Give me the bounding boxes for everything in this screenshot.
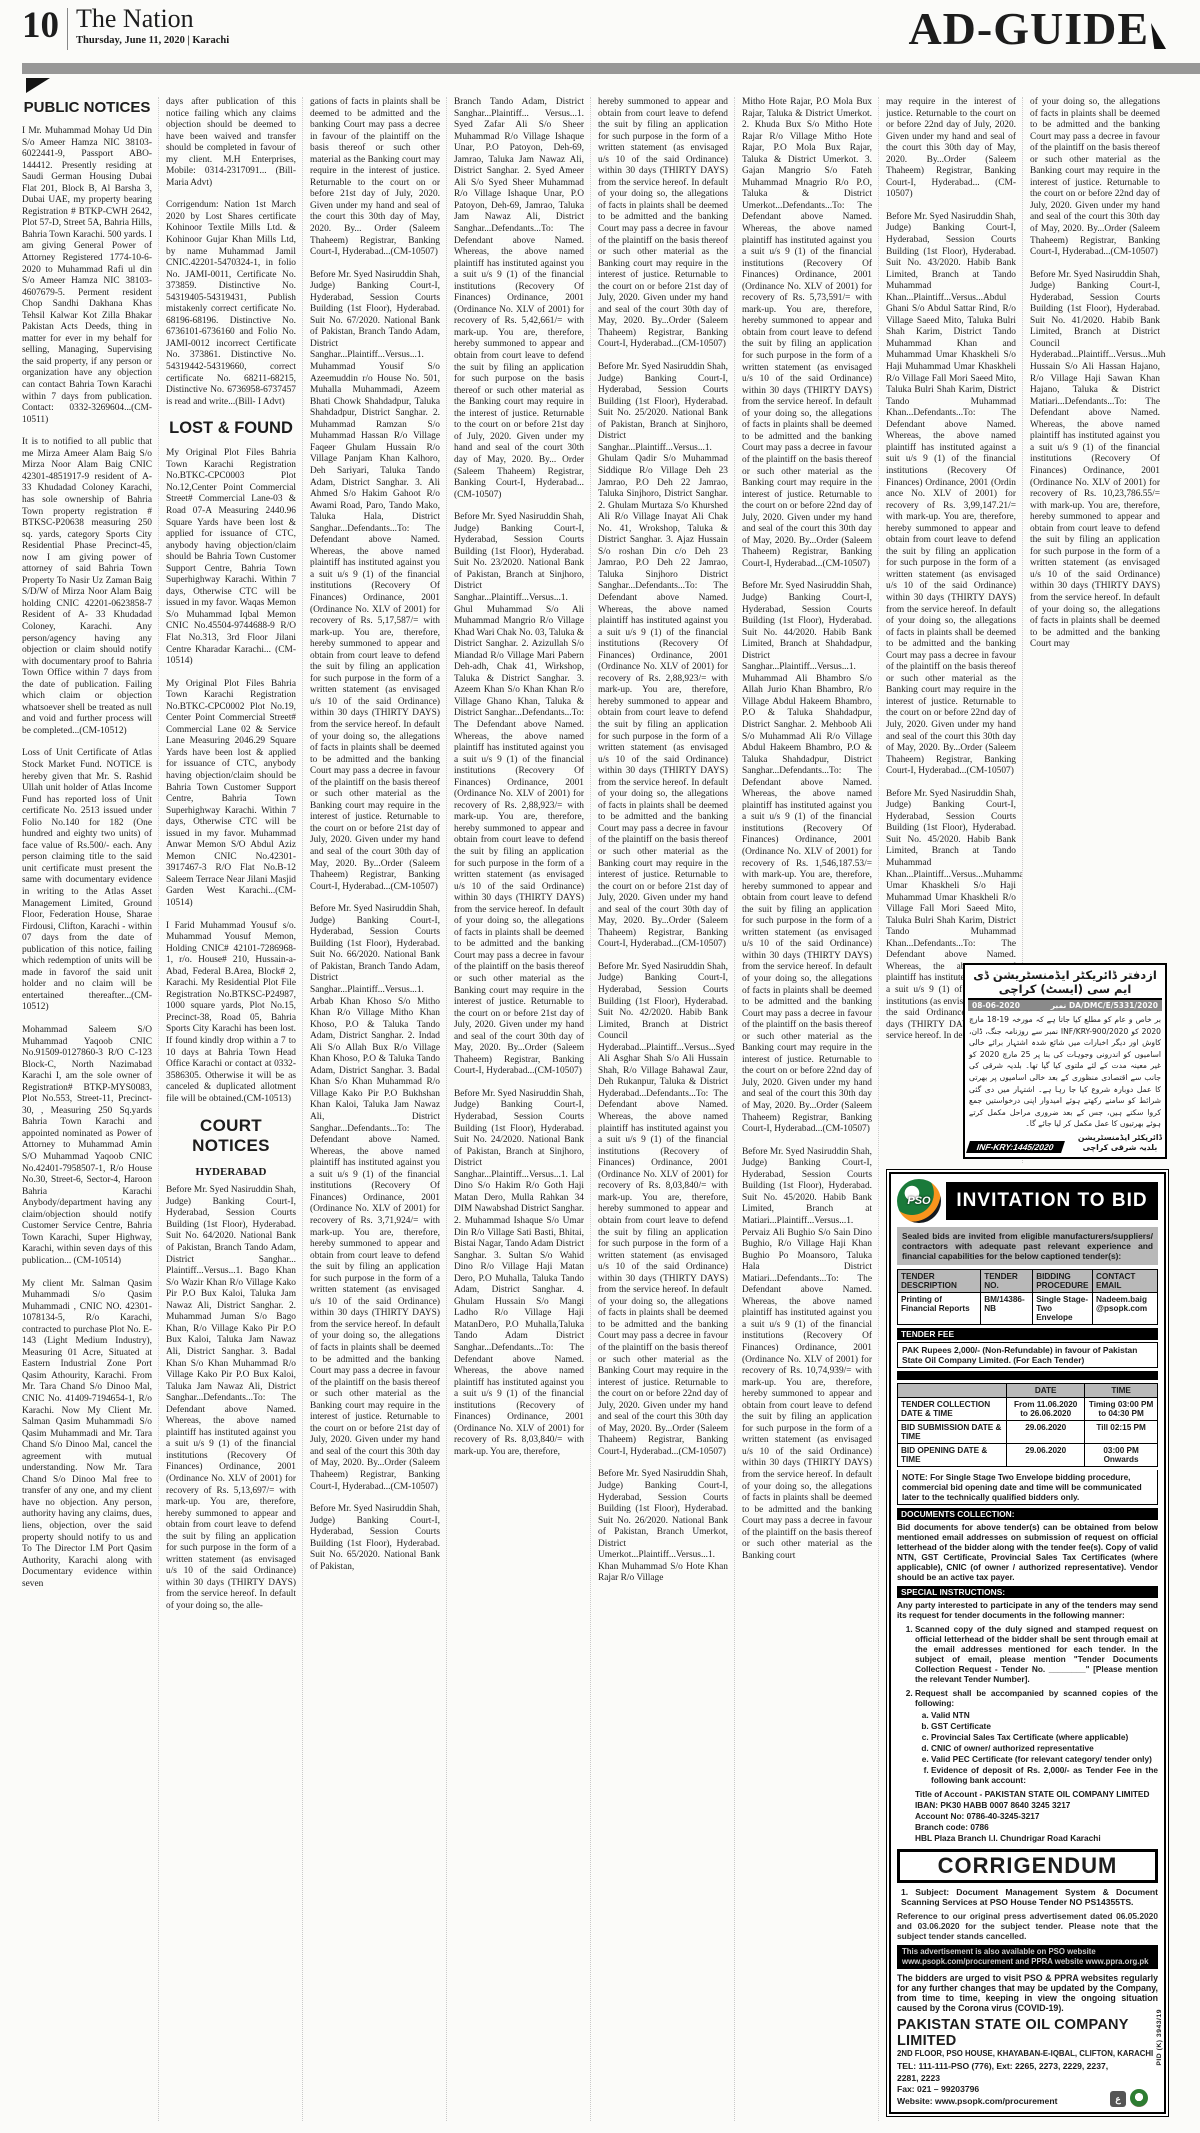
invitation-to-bid-title: INVITATION TO BID xyxy=(946,1182,1158,1220)
special-instructions-list: Scanned copy of the duly signed and stam… xyxy=(901,1624,1158,1785)
notice-paragraph: Before Mr. Syed Nasiruddin Shah, Judge) … xyxy=(310,270,440,894)
notice-paragraph: Loss of Unit Certificate of Atlas Stock … xyxy=(22,748,152,1014)
pso-logo-text: PSO xyxy=(907,1195,930,1207)
tender-table-header: TENDER NO. xyxy=(981,1270,1033,1293)
company-address: 2ND FLOOR, PSO HOUSE, KHAYABAN-E-IQBAL, … xyxy=(897,2049,1158,2058)
notice-paragraph: My Original Plot Files Bahria Town Karac… xyxy=(166,679,296,910)
pso-tender-ad: PSO INVITATION TO BID Sealed bids are in… xyxy=(886,1169,1169,2117)
banner-triangle-icon xyxy=(1151,23,1166,49)
pso-tender-ad-inner: PSO INVITATION TO BID Sealed bids are in… xyxy=(889,1172,1166,2114)
notice-paragraph: It is to notified to all public that me … xyxy=(22,437,152,737)
urdu-sign-line1: ڈائریکٹر ایڈمنسٹریشن xyxy=(1078,1133,1162,1143)
schedule-time-cell: Timing 03:00 PM to 04:30 PM xyxy=(1085,1398,1158,1421)
notice-paragraph: Before Mr. Syed Nasiruddin Shah, Judge) … xyxy=(454,512,584,1078)
column-3: gations of facts in plaints shall be dee… xyxy=(310,97,447,2121)
pso-logo-icon: PSO xyxy=(897,1179,941,1223)
notice-paragraph: Corrigendum: Nation 1st March 2020 by Lo… xyxy=(166,200,296,408)
tender-fee-label: TENDER FEE xyxy=(897,1328,1158,1340)
bank-account-no: Account No: 0786-40-3245-3217 xyxy=(915,1811,1158,1822)
schedule-row-label: BID OPENING DATE & TIME xyxy=(898,1444,1007,1467)
bank-iban: IBAN: PK30 HABB 0007 8640 3245 3217 xyxy=(915,1800,1158,1811)
tender-table: TENDER DESCRIPTION TENDER NO. BIDDING PR… xyxy=(897,1269,1158,1325)
notice-paragraph: days after publication of this notice fa… xyxy=(166,97,296,189)
schedule-date-cell: From 11.06.2020 to 26.06.2020 xyxy=(1007,1398,1085,1421)
bank-account-title: Title of Account - PAKISTAN STATE OIL CO… xyxy=(915,1789,1158,1800)
bidding-procedure-cell: Single Stage-Two Envelope xyxy=(1033,1293,1093,1325)
section-banner: AD-GUIDE xyxy=(908,2,1166,55)
schedule-time-cell: 03:00 PM Onwards xyxy=(1085,1444,1158,1467)
special-instructions-label: SPECIAL INSTRUCTIONS: xyxy=(897,1586,1158,1598)
column-4: Branch Tando Adam, District Sanghar...Pl… xyxy=(454,97,591,2121)
required-doc: CNIC of owner/ authorized representative xyxy=(931,1743,1158,1753)
notice-paragraph: Branch Tando Adam, District Sanghar...Pl… xyxy=(454,97,584,501)
instruction-item-1: Scanned copy of the duly signed and stam… xyxy=(915,1624,1158,1684)
notice-paragraph: Before Mr. Syed Nasiruddin Shah, Judge) … xyxy=(598,362,728,951)
instruction-item-2-text: Request shall be accompanied by scanned … xyxy=(915,1688,1158,1708)
company-contact-block: TEL: 111-111-PSO (776), Ext: 2265, 2273,… xyxy=(897,2061,1110,2107)
schedule-header-time: TIME xyxy=(1085,1384,1158,1398)
pso-ad-header: PSO INVITATION TO BID xyxy=(897,1179,1158,1223)
pid-number: PID (K) 3943/19 xyxy=(1156,2009,1163,2066)
urdu-ad-inf-banner: INF-KRY:1445/2020 xyxy=(966,1141,1064,1153)
corrigendum-title: CORRIGENDUM xyxy=(897,1849,1158,1883)
paper-name: The Nation xyxy=(76,6,229,32)
schedule-header-date: DATE xyxy=(1007,1384,1085,1398)
column-8: of your doing so, the allegations of fac… xyxy=(1030,97,1166,955)
right-region: may require in the interest of justice. … xyxy=(886,97,1171,2121)
section-heading: LOST & FOUND xyxy=(166,419,296,438)
tender-no-cell: BM/14386-NB xyxy=(981,1293,1033,1325)
right-top-text: may require in the interest of justice. … xyxy=(886,97,1171,1163)
notice-paragraph: may require in the interest of justice. … xyxy=(886,97,1016,201)
notice-paragraph: Before Mr. Syed Nasiruddin Shah, Judge) … xyxy=(310,1504,440,1573)
column-5: hereby summoned to appear and obtain fro… xyxy=(598,97,735,2121)
notice-paragraph: Mohammad Saleem S/O Muhammad Yaqoob CNIC… xyxy=(22,1025,152,1267)
tender-description-cell: Printing of Financial Reports xyxy=(898,1293,981,1325)
schedule-time-cell: Till 02:15 PM xyxy=(1085,1421,1158,1444)
dateline: Thursday, June 11, 2020 | Karachi xyxy=(76,35,229,46)
company-website: Website: www.psopk.com/procurement xyxy=(897,2096,1110,2108)
column-1: PUBLIC NOTICESI Mr. Muhammad Mohay Ud Di… xyxy=(22,97,159,2121)
required-doc: Valid PEC Certificate (for relevant cate… xyxy=(931,1754,1158,1764)
documents-collection-label: DOCUMENTS COLLECTION: xyxy=(897,1508,1158,1520)
urdu-ad-footer: INF-KRY:1445/2020 ڈائریکٹر ایڈمنسٹریشن ب… xyxy=(968,1133,1162,1153)
schedule-note: NOTE: For Single Stage Two Envelope bidd… xyxy=(897,1470,1158,1505)
tender-table-header: CONTACT EMAIL xyxy=(1092,1270,1157,1293)
tender-table-header: TENDER DESCRIPTION xyxy=(898,1270,981,1293)
pso-footer-row: TEL: 111-111-PSO (776), Ext: 2265, 2273,… xyxy=(897,2061,1158,2107)
notice-paragraph: gations of facts in plaints shall be dee… xyxy=(310,97,440,259)
ppra-logo-icon xyxy=(1130,2089,1148,2107)
company-name: PAKISTAN STATE OIL COMPANY LIMITED xyxy=(897,2017,1158,2049)
notice-paragraph: Before Mr. Syed Nasiruddin Shah, Judge) … xyxy=(598,1469,728,1584)
section-heading: COURT NOTICES xyxy=(166,1116,296,1156)
pso-intro-text: Sealed bids are invited from eligible ma… xyxy=(897,1227,1158,1265)
urdu-ad-ref-no: نمبر DA/DMC/E/5331/2020 xyxy=(1051,1001,1158,1010)
notice-paragraph: Before Mr. Syed Nasiruddin Shah, Judge) … xyxy=(886,212,1016,778)
bank-branch-code: Branch code: 0786 xyxy=(915,1822,1158,1833)
section-heading: PUBLIC NOTICES xyxy=(22,99,152,116)
corrigendum-reference: Reference to our original press advertis… xyxy=(897,1911,1158,1941)
required-doc: Provincial Sales Tax Certificate (where … xyxy=(931,1732,1158,1742)
required-doc: Valid NTN xyxy=(931,1710,1158,1720)
documents-collection-text: Bid documents for above tender(s) can be… xyxy=(897,1522,1158,1582)
section-heading: HYDERABAD xyxy=(166,1166,296,1178)
notice-paragraph: Before Mr. Syed Nasiruddin Shah, Judge) … xyxy=(166,1185,296,1612)
notice-paragraph: Mitho Hote Rajar, P.O Mola Bux Rajar, Ta… xyxy=(742,97,872,570)
schedule-row-label: TENDER COLLECTION DATE & TIME xyxy=(898,1398,1007,1421)
notice-paragraph: Before Mr. Syed Nasiruddin Shah, Judge) … xyxy=(1030,270,1160,651)
notice-paragraph: I Farid Muhammad Yousuf s/o. Muhammad Yo… xyxy=(166,921,296,1106)
urdu-sign-line2: بلدیہ شرقی کراچی xyxy=(1078,1143,1162,1153)
company-tel: TEL: 111-111-PSO (776), Ext: 2265, 2273,… xyxy=(897,2061,1110,2084)
urdu-ad-body: بر خاص و عام کو مطلع کیا جاتا ہے کہ مورخ… xyxy=(968,1011,1162,1132)
notice-paragraph: Before Mr. Syed Nasiruddin Shah, Judge) … xyxy=(310,904,440,1493)
website-availability-banner: This advertisement is also available on … xyxy=(897,1945,1158,1969)
calligraphy-logo-icon: ع xyxy=(1110,2091,1126,2107)
section-title: AD-GUIDE xyxy=(908,2,1149,55)
column-2: days after publication of this notice fa… xyxy=(166,97,303,2121)
page-number: 10 xyxy=(22,6,59,46)
corrigendum-subject: 1. Subject: Document Management System &… xyxy=(901,1887,1158,1907)
notice-paragraph: I Mr. Muhammad Mohay Ud Din S/o Ameer Ha… xyxy=(22,126,152,426)
notice-paragraph: Before Mr. Syed Nasiruddin Shah, Judge) … xyxy=(742,581,872,1135)
required-doc: GST Certificate xyxy=(931,1721,1158,1731)
masthead: 10 The Nation Thursday, June 11, 2020 | … xyxy=(0,0,1200,60)
urdu-notice-ad: ازدفتر ڈائریکٹر ایڈمنسٹریشن ڈی ایم سی (ا… xyxy=(963,963,1167,1159)
bidders-urged-text: The bidders are urged to visit PSO & PPR… xyxy=(897,1973,1158,2013)
masthead-rule-bar xyxy=(22,63,1200,74)
urdu-ad-header: ازدفتر ڈائریکٹر ایڈمنسٹریشن ڈی ایم سی (ا… xyxy=(968,967,1162,1000)
tender-fee-text: PAK Rupees 2,000/- (Non-Refundable) in f… xyxy=(897,1342,1158,1368)
notice-paragraph: Before Mr. Syed Nasiruddin Shah, Judge) … xyxy=(598,962,728,1459)
masthead-divider xyxy=(67,8,68,50)
notice-paragraph: Before Mr. Syed Nasiruddin Shah, Judge) … xyxy=(454,1089,584,1459)
notice-paragraph: My client Mr. Salman Qasim Muhammadi S/o… xyxy=(22,1279,152,1591)
notice-paragraph: Before Mr. Syed Nasiruddin Shah, Judge) … xyxy=(742,1147,872,1563)
urdu-ad-date: 08-06-2020 xyxy=(972,1001,1020,1010)
urdu-ad-signature: ڈائریکٹر ایڈمنسٹریشن بلدیہ شرقی کراچی xyxy=(1078,1133,1162,1153)
masthead-title-block: The Nation Thursday, June 11, 2020 | Kar… xyxy=(76,6,229,46)
corner-triangle-icon xyxy=(26,78,50,93)
column-6: Mitho Hote Rajar, P.O Mola Bux Rajar, Ta… xyxy=(742,97,879,2121)
schedule-row-label: BID SUBMISSION DATE & TIME xyxy=(898,1421,1007,1444)
urdu-ad-ref-band: 08-06-2020 نمبر DA/DMC/E/5331/2020 xyxy=(968,1000,1162,1011)
footer-logos: ع xyxy=(1110,2089,1148,2107)
tender-table-header: BIDDING PROCEDURE xyxy=(1033,1270,1093,1293)
schedule-header-blank xyxy=(898,1384,1007,1398)
bank-branch-name: HBL Plaza Branch I.I. Chundrigar Road Ka… xyxy=(915,1833,1158,1844)
newspaper-page: 10 The Nation Thursday, June 11, 2020 | … xyxy=(0,0,1200,2133)
company-fax: Fax: 021 – 99203796 xyxy=(897,2084,1110,2096)
schedule-divider-bar xyxy=(897,1371,1158,1380)
special-instructions-intro: Any party interested to participate in a… xyxy=(897,1600,1158,1620)
instruction-item-2: Request shall be accompanied by scanned … xyxy=(915,1688,1158,1785)
schedule-table: DATE TIME TENDER COLLECTION DATE & TIME … xyxy=(897,1383,1158,1467)
required-doc: Evidence of deposit of Rs. 2,000/- as Te… xyxy=(931,1765,1158,1785)
schedule-date-cell: 29.06.2020 xyxy=(1007,1444,1085,1467)
classifieds-columns: PUBLIC NOTICESI Mr. Muhammad Mohay Ud Di… xyxy=(0,93,1200,2121)
notice-paragraph: of your doing so, the allegations of fac… xyxy=(1030,97,1160,259)
notice-paragraph: My Original Plot Files Bahria Town Karac… xyxy=(166,448,296,667)
contact-email-cell: Nadeem.baig @psopk.com xyxy=(1092,1293,1157,1325)
schedule-date-cell: 29.06.2020 xyxy=(1007,1421,1085,1444)
notice-paragraph: hereby summoned to appear and obtain fro… xyxy=(598,97,728,351)
required-documents-list: Valid NTN GST Certificate Provincial Sal… xyxy=(915,1710,1158,1785)
